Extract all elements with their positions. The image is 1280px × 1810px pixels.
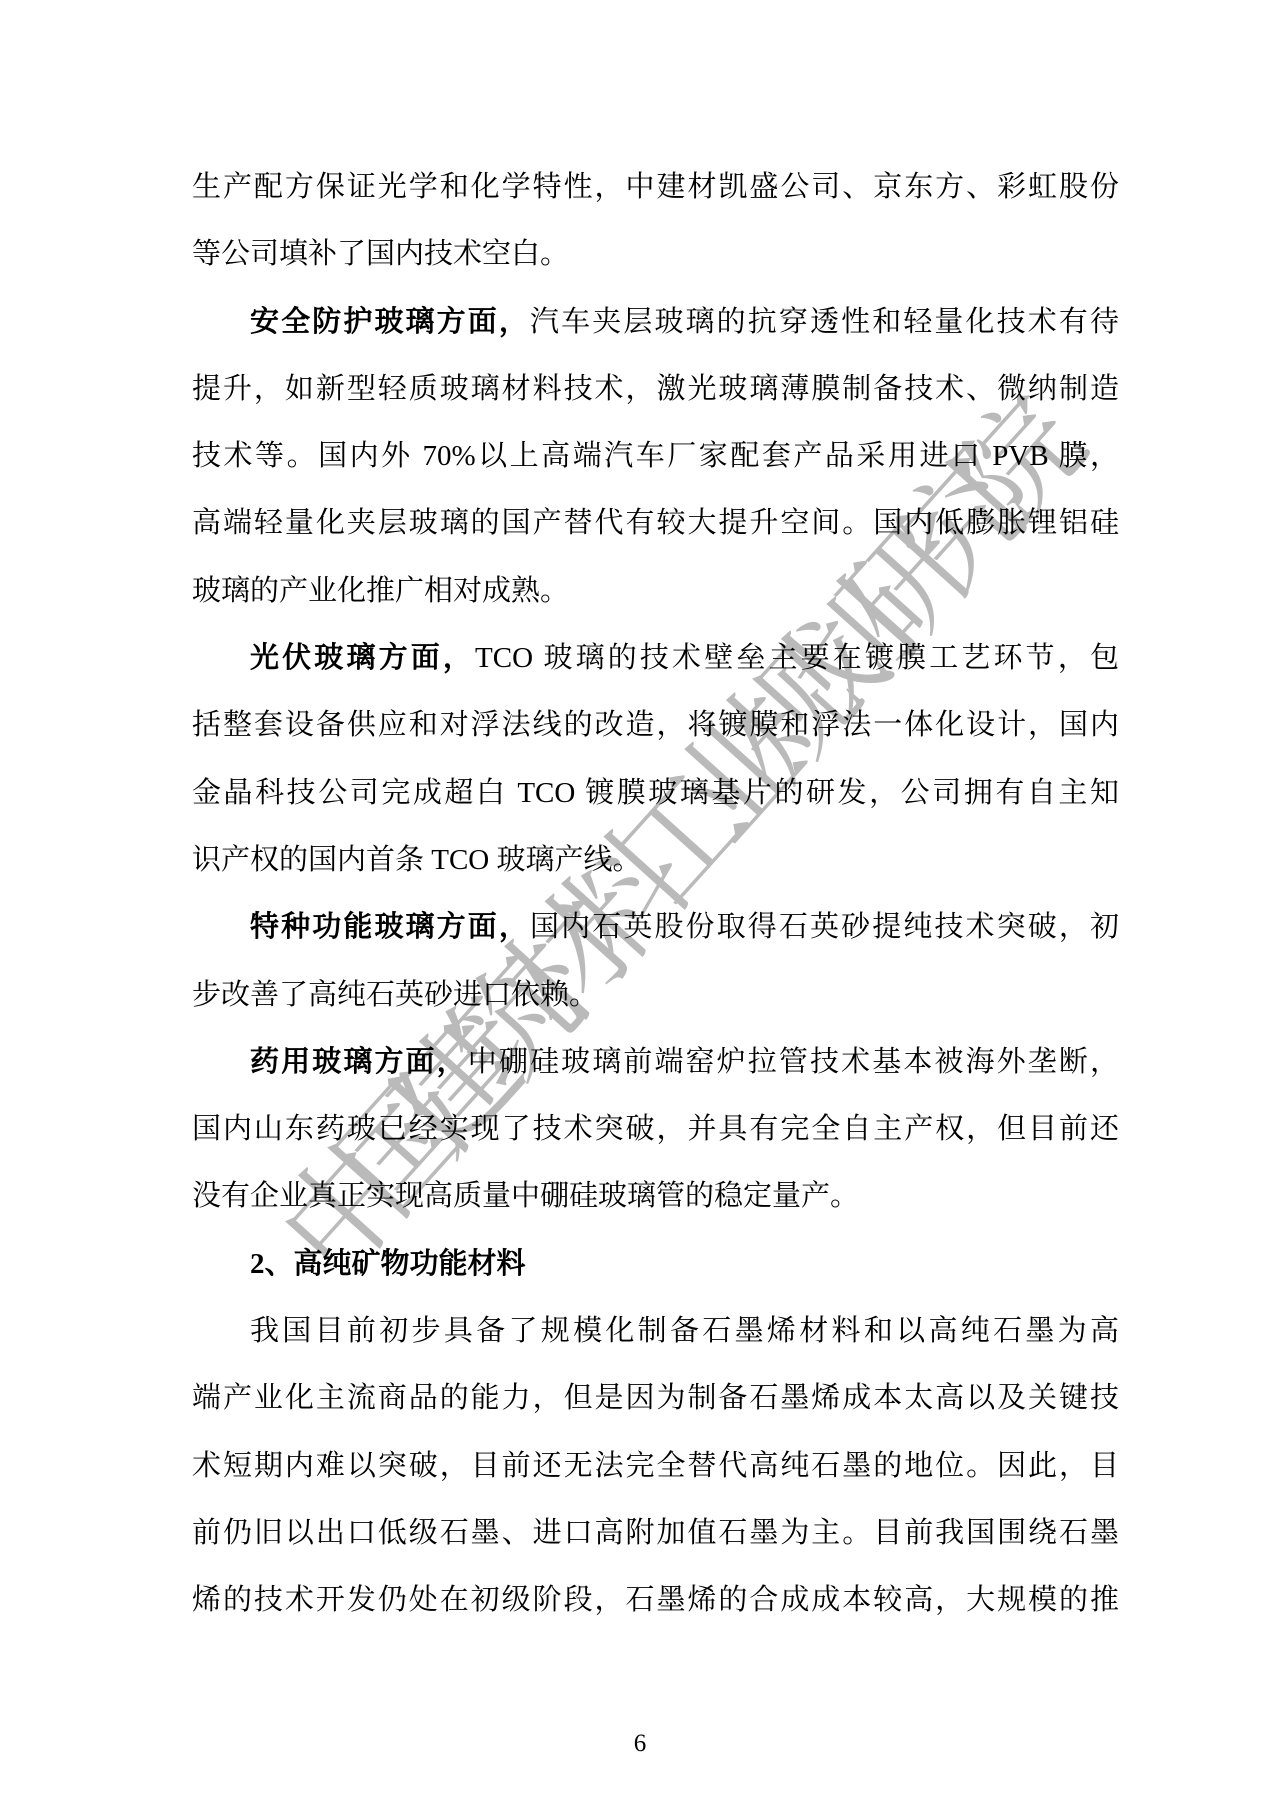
text-run: 括整套设备供应和对浮法线的改造，将镀膜和浮法一体化设计，国内: [192, 709, 1119, 741]
text-line: 药用玻璃方面，中硼硅玻璃前端窑炉拉管技术基本被海外垄断，: [192, 1029, 1119, 1096]
text-line: 金晶科技公司完成超白 TCO 镀膜玻璃基片的研发，公司拥有自主知: [192, 760, 1119, 827]
text-run: 等公司填补了国内技术空白。: [192, 238, 569, 270]
text-line: 高端轻量化夹层玻璃的国产替代有较大提升空间。国内低膨胀锂铝硅: [192, 490, 1119, 557]
paragraph: 安全防护玻璃方面，汽车夹层玻璃的抗穿透性和轻量化技术有待提升，如新型轻质玻璃材料…: [192, 289, 1119, 625]
text-run: 没有企业真正实现高质量中硼硅玻璃管的稳定量产。: [192, 1180, 859, 1212]
section-heading: 2、高纯矿物功能材料: [192, 1231, 1119, 1298]
paragraph: 药用玻璃方面，中硼硅玻璃前端窑炉拉管技术基本被海外垄断，国内山东药玻已经实现了技…: [192, 1029, 1119, 1231]
text-line: 提升，如新型轻质玻璃材料技术，激光玻璃薄膜制备技术、微纳制造: [192, 356, 1119, 423]
text-line: 安全防护玻璃方面，汽车夹层玻璃的抗穿透性和轻量化技术有待: [192, 289, 1119, 356]
text-run: 我国目前初步具备了规模化制备石墨烯材料和以高纯石墨为高: [250, 1315, 1119, 1347]
text-line: 玻璃的产业化推广相对成熟。: [192, 558, 1119, 625]
text-line: 括整套设备供应和对浮法线的改造，将镀膜和浮法一体化设计，国内: [192, 692, 1119, 759]
text-line: 特种功能玻璃方面，国内石英股份取得石英砂提纯技术突破，初: [192, 894, 1119, 961]
text-run: 中硼硅玻璃前端窑炉拉管技术基本被海外垄断，: [468, 1046, 1119, 1078]
bold-text-run: 光伏玻璃方面，: [250, 642, 475, 674]
paragraph: 特种功能玻璃方面，国内石英股份取得石英砂提纯技术突破，初步改善了高纯石英砂进口依…: [192, 894, 1119, 1029]
text-line: 我国目前初步具备了规模化制备石墨烯材料和以高纯石墨为高: [192, 1298, 1119, 1365]
text-run: 技术等。国内外 70%以上高端汽车厂家配套产品采用进口 PVB 膜，: [192, 440, 1119, 472]
text-run: 烯的技术开发仍处在初级阶段，石墨烯的合成成本较高，大规模的推: [192, 1584, 1119, 1616]
text-line: 国内山东药玻已经实现了技术突破，并具有完全自主产权，但目前还: [192, 1096, 1119, 1163]
page-number: 6: [0, 1730, 1280, 1758]
text-run: 前仍旧以出口低级石墨、进口高附加值石墨为主。目前我国围绕石墨: [192, 1517, 1119, 1549]
text-run: 高端轻量化夹层玻璃的国产替代有较大提升空间。国内低膨胀锂铝硅: [192, 507, 1119, 539]
text-run: 识产权的国内首条 TCO 玻璃产线。: [192, 844, 642, 876]
text-line: 技术等。国内外 70%以上高端汽车厂家配套产品采用进口 PVB 膜，: [192, 423, 1119, 490]
text-run: 生产配方保证光学和化学特性，中建材凯盛公司、京东方、彩虹股份: [192, 171, 1119, 203]
text-run: 步改善了高纯石英砂进口依赖。: [192, 979, 598, 1011]
text-line: 术短期内难以突破，目前还无法完全替代高纯石墨的地位。因此，目: [192, 1433, 1119, 1500]
bold-text-run: 2、高纯矿物功能材料: [250, 1248, 526, 1280]
text-run: TCO 玻璃的技术壁垒主要在镀膜工艺环节，包: [475, 642, 1119, 674]
paragraph: 光伏玻璃方面，TCO 玻璃的技术壁垒主要在镀膜工艺环节，包括整套设备供应和对浮法…: [192, 625, 1119, 894]
text-line: 识产权的国内首条 TCO 玻璃产线。: [192, 827, 1119, 894]
text-run: 玻璃的产业化推广相对成熟。: [192, 575, 569, 607]
text-line: 前仍旧以出口低级石墨、进口高附加值石墨为主。目前我国围绕石墨: [192, 1500, 1119, 1567]
text-line: 生产配方保证光学和化学特性，中建材凯盛公司、京东方、彩虹股份: [192, 154, 1119, 221]
text-run: 提升，如新型轻质玻璃材料技术，激光玻璃薄膜制备技术、微纳制造: [192, 373, 1119, 405]
bold-text-run: 特种功能玻璃方面，: [250, 911, 530, 943]
text-run: 术短期内难以突破，目前还无法完全替代高纯石墨的地位。因此，目: [192, 1450, 1119, 1482]
text-line: 没有企业真正实现高质量中硼硅玻璃管的稳定量产。: [192, 1163, 1119, 1230]
paragraph: 我国目前初步具备了规模化制备石墨烯材料和以高纯石墨为高端产业化主流商品的能力，但…: [192, 1298, 1119, 1634]
text-run: 汽车夹层玻璃的抗穿透性和轻量化技术有待: [530, 306, 1119, 338]
text-line: 端产业化主流商品的能力，但是因为制备石墨烯成本太高以及关键技: [192, 1365, 1119, 1432]
text-run: 国内石英股份取得石英砂提纯技术突破，初: [530, 911, 1119, 943]
bold-text-run: 药用玻璃方面，: [250, 1046, 468, 1078]
document-page: 中国建筑材料工业规划研究院 生产配方保证光学和化学特性，中建材凯盛公司、京东方、…: [0, 0, 1280, 1810]
text-line: 光伏玻璃方面，TCO 玻璃的技术壁垒主要在镀膜工艺环节，包: [192, 625, 1119, 692]
paragraph: 生产配方保证光学和化学特性，中建材凯盛公司、京东方、彩虹股份等公司填补了国内技术…: [192, 154, 1119, 289]
document-body: 生产配方保证光学和化学特性，中建材凯盛公司、京东方、彩虹股份等公司填补了国内技术…: [192, 154, 1119, 1635]
text-line: 步改善了高纯石英砂进口依赖。: [192, 962, 1119, 1029]
text-run: 国内山东药玻已经实现了技术突破，并具有完全自主产权，但目前还: [192, 1113, 1119, 1145]
text-run: 金晶科技公司完成超白 TCO 镀膜玻璃基片的研发，公司拥有自主知: [192, 777, 1119, 809]
text-run: 端产业化主流商品的能力，但是因为制备石墨烯成本太高以及关键技: [192, 1382, 1119, 1414]
bold-text-run: 安全防护玻璃方面，: [250, 306, 530, 338]
text-line: 2、高纯矿物功能材料: [192, 1231, 1119, 1298]
text-line: 烯的技术开发仍处在初级阶段，石墨烯的合成成本较高，大规模的推: [192, 1567, 1119, 1634]
text-line: 等公司填补了国内技术空白。: [192, 221, 1119, 288]
